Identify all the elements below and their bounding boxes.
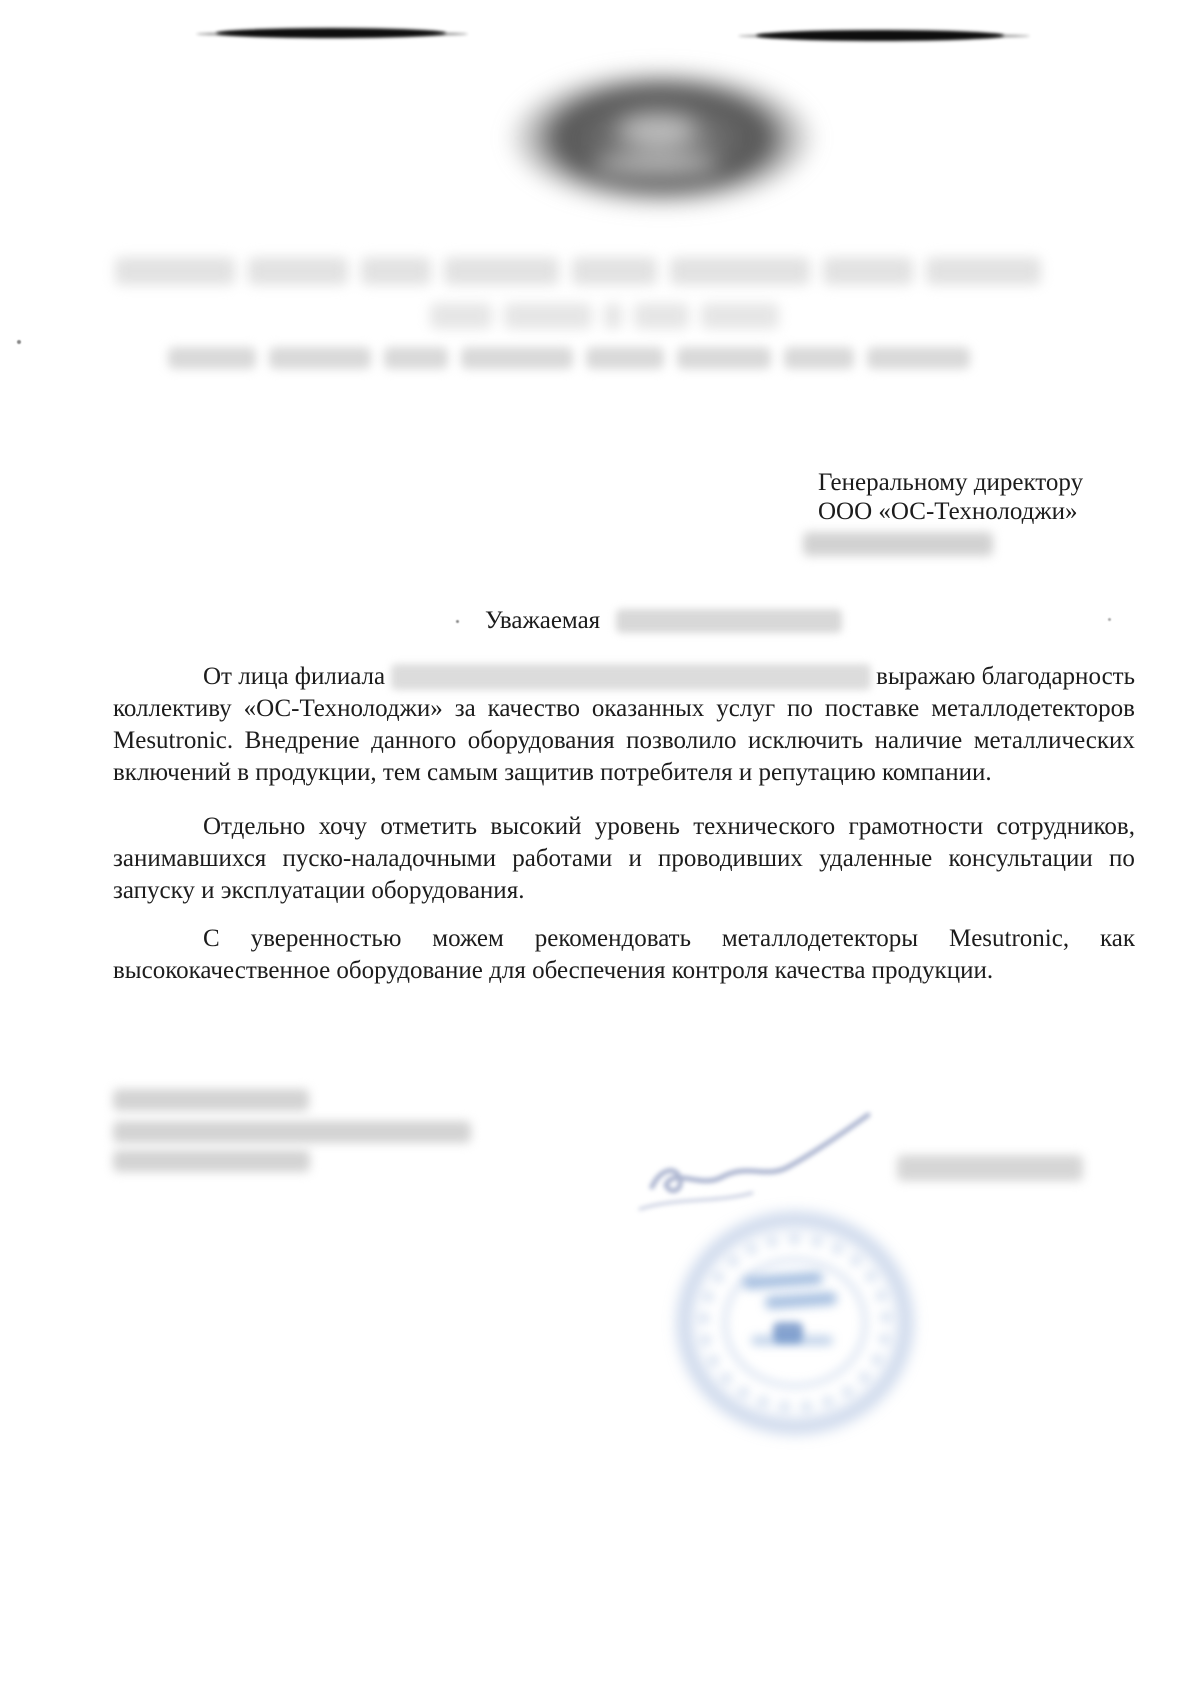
salutation-name-redacted — [616, 609, 842, 633]
scan-streak-artifact — [196, 32, 468, 36]
recipient-block: Генеральному директору ООО «ОС-Технолодж… — [818, 468, 1083, 526]
redacted-word — [430, 303, 492, 329]
redacted-word — [168, 347, 256, 369]
salutation-line: Уважаемая — [485, 605, 842, 637]
body-text: От лица филиала — [203, 661, 385, 693]
letterhead-redacted-line-3 — [168, 347, 970, 369]
body-line: Mesutronic.Внедрениеданногооборудованияп… — [113, 725, 1135, 757]
redacted-word — [572, 257, 657, 285]
redacted-word — [444, 257, 559, 285]
letterhead-redacted-line-2 — [430, 303, 779, 329]
scan-speck-artifact — [17, 340, 21, 344]
branch-name-redacted — [391, 664, 871, 690]
letterhead-redacted-line-1 — [115, 257, 1041, 285]
handwritten-signature — [630, 1105, 880, 1220]
logo-highlight — [592, 154, 720, 176]
company-stamp — [677, 1212, 913, 1434]
body-line: От лица филиала выражаю благодарность — [113, 661, 1135, 693]
redacted-word — [384, 347, 448, 369]
scan-speck-artifact — [456, 620, 459, 623]
body-text: выражаю благодарность — [876, 661, 1135, 693]
redacted-word — [504, 303, 592, 329]
signatory-name-redacted — [897, 1155, 1083, 1181]
redacted-word — [926, 257, 1041, 285]
redacted-word — [677, 347, 771, 369]
redacted-word — [361, 257, 431, 285]
redacted-word — [248, 257, 348, 285]
paragraph-1: От лица филиала выражаю благодарность ко… — [113, 661, 1135, 789]
recipient-line-2: ООО «ОС-Технолоджи» — [818, 497, 1083, 526]
redacted-word — [701, 303, 779, 329]
body-line: высококачественное оборудование для обес… — [113, 955, 1135, 987]
scanned-letter-page: Генеральному директору ООО «ОС-Технолодж… — [0, 0, 1191, 1684]
paragraph-3: Суверенностьюможемрекомендоватьметаллоде… — [113, 923, 1135, 987]
redacted-word — [823, 257, 913, 285]
salutation-prefix: Уважаемая — [485, 607, 600, 635]
paragraph-2: Отдельнохочуотметитьвысокийуровеньтехнич… — [113, 811, 1135, 907]
redacted-word — [784, 347, 854, 369]
stamp-center-text-blur — [751, 1336, 833, 1345]
redacted-word — [461, 347, 573, 369]
signature-title-redacted-line-3 — [113, 1150, 310, 1172]
recipient-name-redacted — [803, 532, 993, 556]
signature-title-redacted-line-1 — [113, 1089, 309, 1111]
redacted-word — [604, 303, 622, 329]
logo-highlight — [618, 114, 696, 144]
redacted-word — [867, 347, 970, 369]
scan-speck-artifact — [1108, 618, 1111, 621]
redacted-word — [634, 303, 689, 329]
redacted-word — [269, 347, 371, 369]
redacted-word — [115, 257, 235, 285]
body-line: Отдельнохочуотметитьвысокийуровеньтехнич… — [113, 811, 1135, 843]
body-line: занимавшихсяпуско-наладочнымиработамиипр… — [113, 843, 1135, 875]
body-line: включений в продукции, тем самым защитив… — [113, 757, 1135, 789]
redacted-word — [670, 257, 810, 285]
signature-title-redacted-line-2 — [113, 1121, 471, 1143]
company-logo-blurred — [500, 66, 824, 216]
body-line: Суверенностьюможемрекомендоватьметаллоде… — [113, 923, 1135, 955]
redacted-word — [586, 347, 664, 369]
scan-streak-artifact — [738, 34, 1030, 38]
body-line: запуску и эксплуатации оборудования. — [113, 875, 1135, 907]
recipient-line-1: Генеральному директору — [818, 468, 1083, 497]
body-line: коллективу«ОС-Технолоджи»закачествооказа… — [113, 693, 1135, 725]
